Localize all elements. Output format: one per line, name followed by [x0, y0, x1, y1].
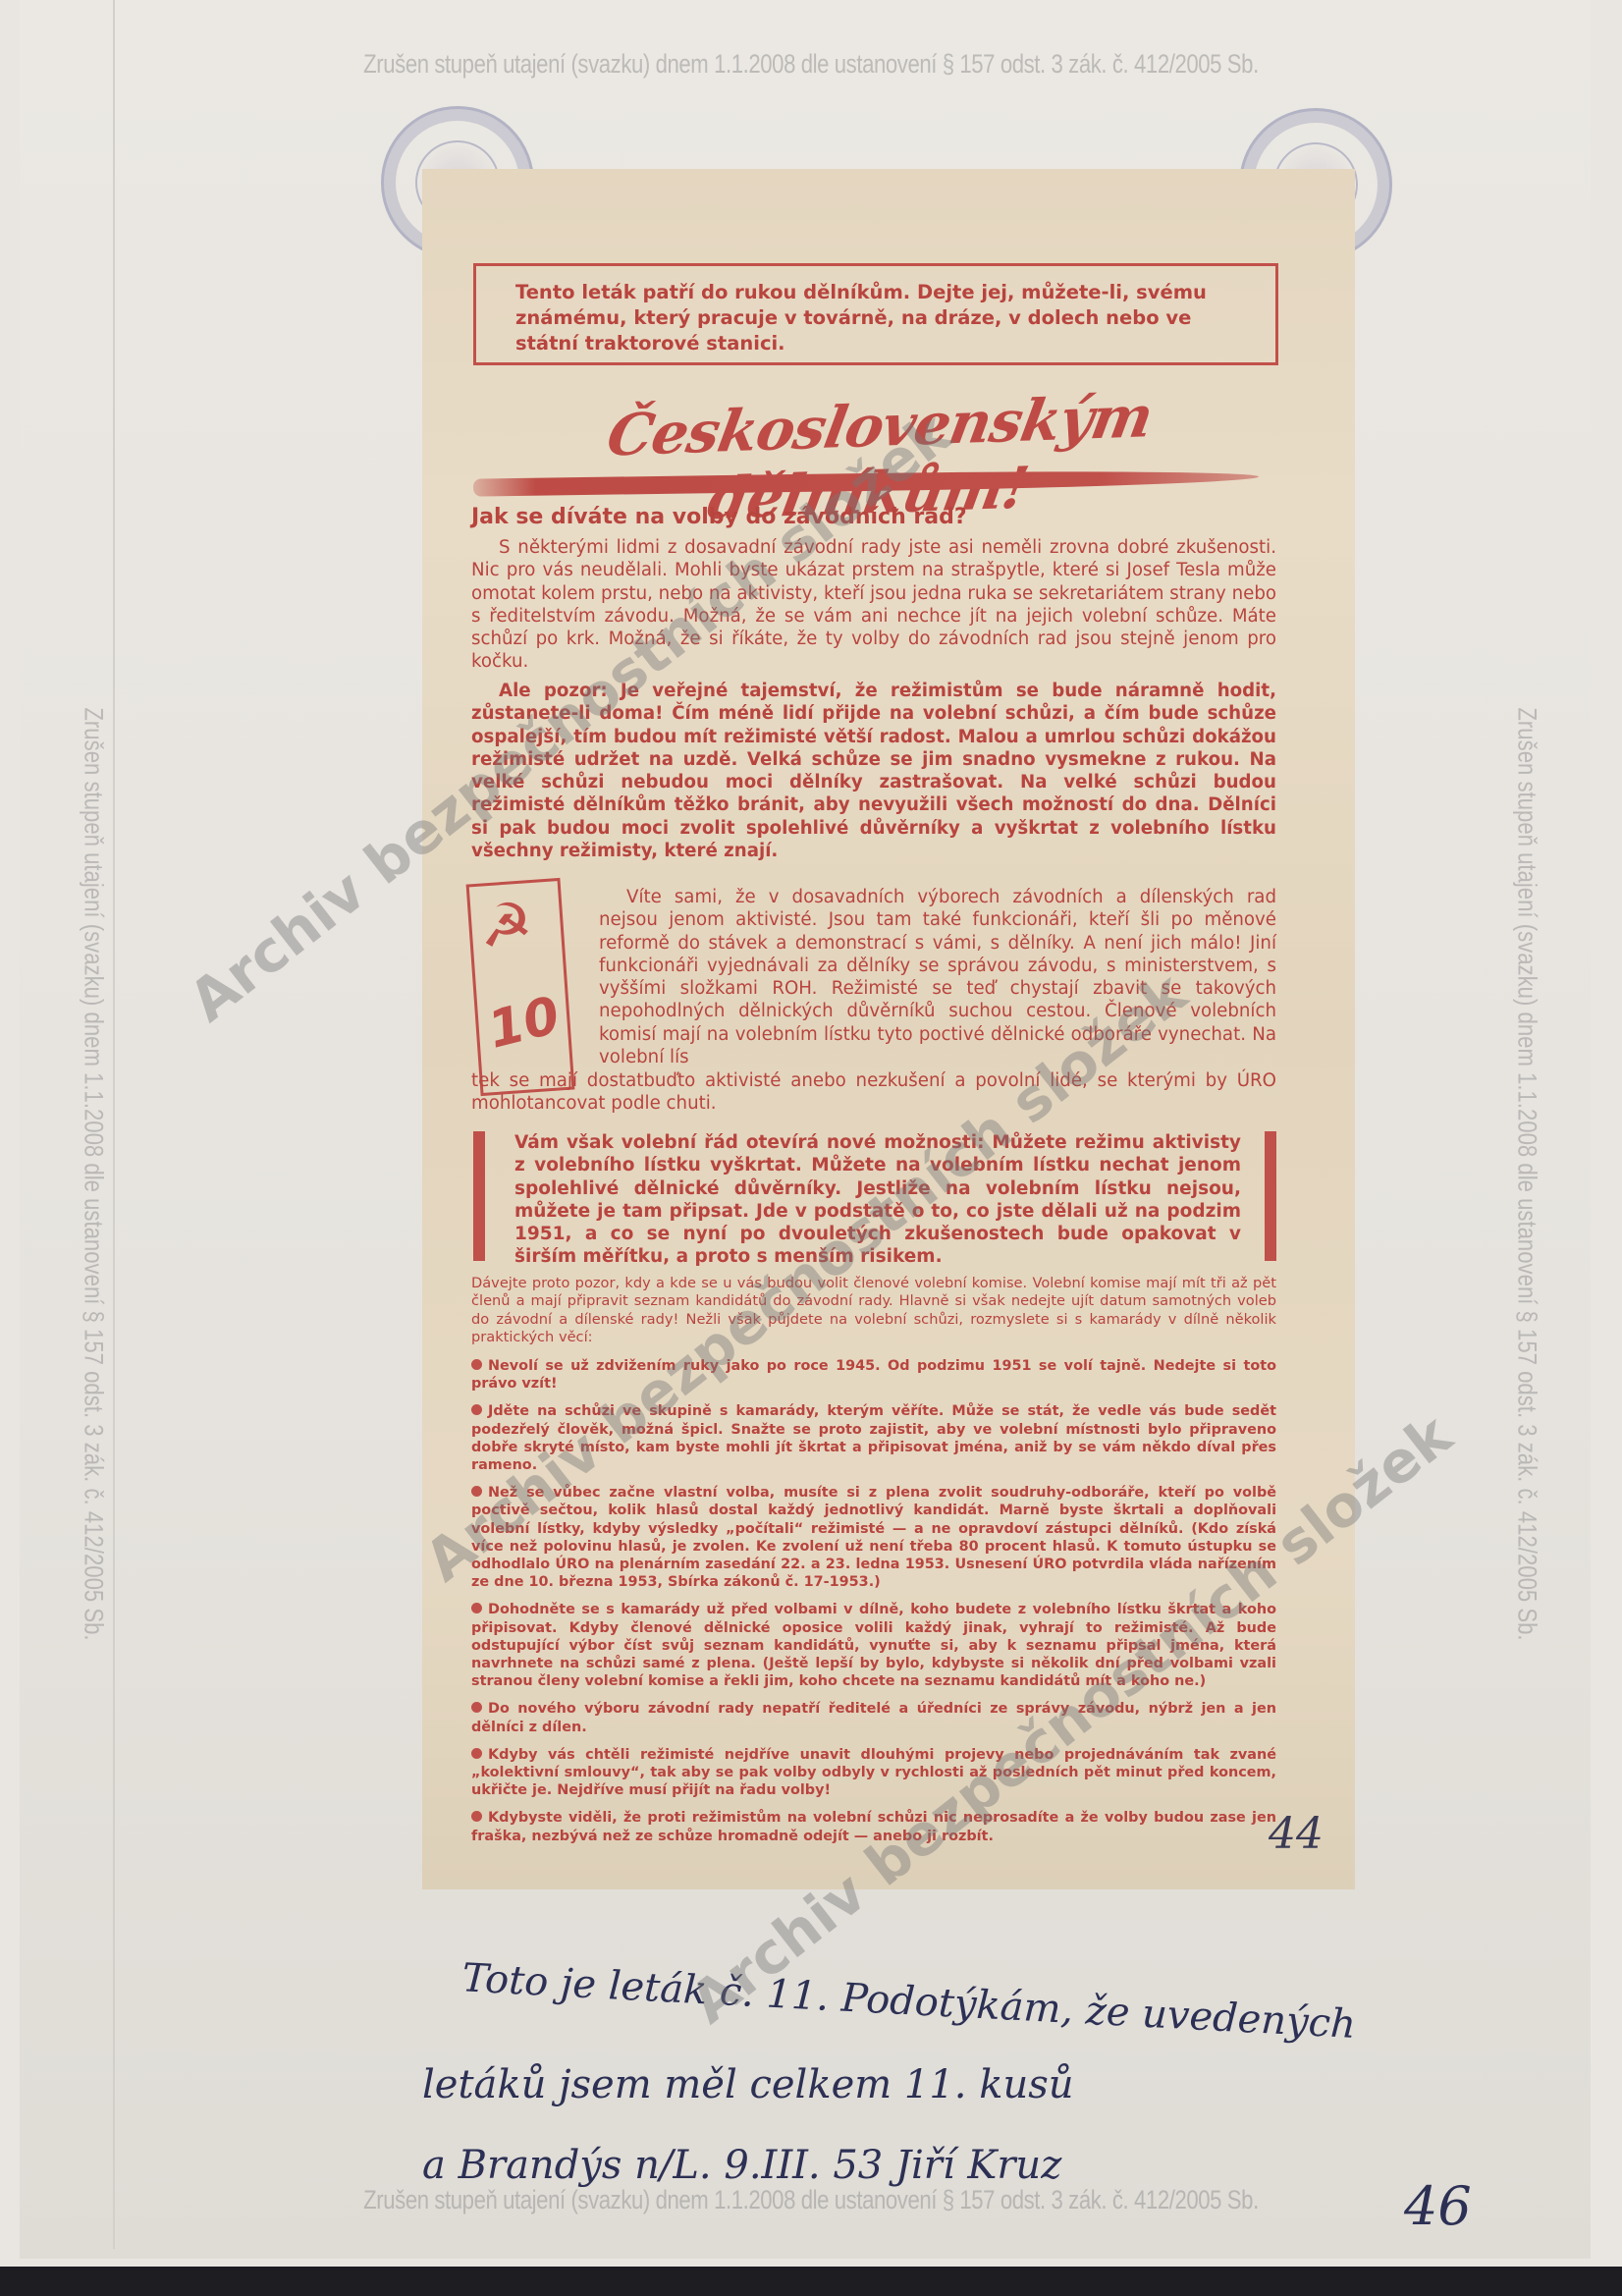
- crossed-out-hammer-sickle-icon: ☭: [478, 895, 535, 957]
- bullet-icon: [471, 1702, 482, 1713]
- leaflet-subheading: Jak se díváte na volby do závodních rad?: [471, 505, 967, 529]
- paragraph-1: S některými lidmi z dosavadní závodní ra…: [471, 536, 1276, 674]
- declassification-notice-bottom: Zrušen stupeň utajení (svazku) dnem 1.1.…: [146, 2185, 1477, 2215]
- list-item: Nevolí se už zdvižením ruky jako po roce…: [471, 1357, 1276, 1393]
- leaflet-notice-box: Tento leták patří do rukou dělníkům. Dej…: [473, 263, 1278, 365]
- scan-edge: [0, 2267, 1622, 2296]
- bullet-icon: [471, 1359, 482, 1370]
- declassification-notice-right: Zrušen stupeň utajení (svazku) dnem 1.1.…: [1512, 691, 1542, 1658]
- handwritten-note: Toto je leták č. 11. Podotýkám, že uvede…: [422, 1964, 1502, 2206]
- bullet-icon: [471, 1748, 482, 1759]
- bullet-icon: [471, 1603, 482, 1613]
- ballot-logo: ☭ 10: [466, 878, 575, 1096]
- paragraph-3: Víte sami, že v dosavadních výborech záv…: [599, 886, 1276, 1068]
- leaflet-folio-number: 44: [1269, 1809, 1324, 1859]
- logo-number: 10: [482, 986, 566, 1061]
- declassification-notice-top: Zrušen stupeň utajení (svazku) dnem 1.1.…: [146, 49, 1477, 80]
- declassification-notice-left: Zrušen stupeň utajení (svazku) dnem 1.1.…: [79, 691, 109, 1658]
- page-fold: [113, 0, 115, 2249]
- paragraph-4: Dávejte proto pozor, kdy a kde se u vás …: [471, 1275, 1276, 1347]
- list-item: Do nového výboru závodní rady nepatří ře…: [471, 1700, 1276, 1735]
- paragraph-3-continued: tek se mají dostatbuďto aktivisté anebo …: [471, 1069, 1276, 1116]
- bullet-icon: [471, 1404, 482, 1415]
- bullet-icon: [471, 1811, 482, 1822]
- list-item: Než se vůbec začne vlastní volba, musíte…: [471, 1484, 1276, 1591]
- list-item: Kdyby vás chtěli režimisté nejdříve unav…: [471, 1746, 1276, 1800]
